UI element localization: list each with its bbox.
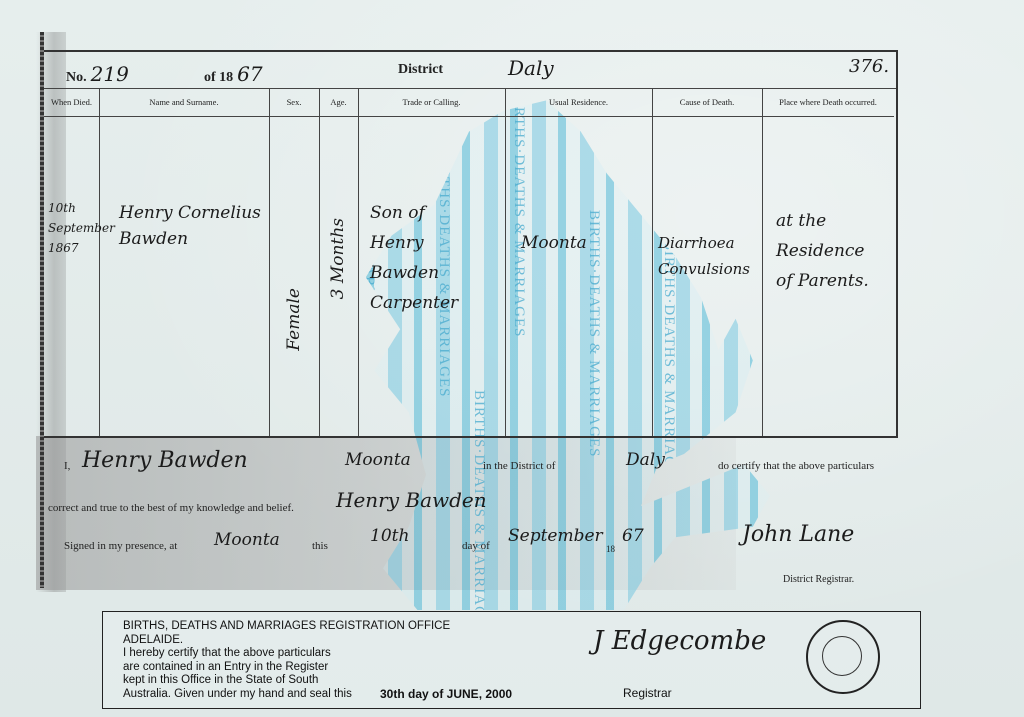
cert-line: kept in this Office in the State of Sout… xyxy=(123,674,450,688)
column-header: Usual Residence. xyxy=(505,88,652,117)
column-header: Place where Death occurred. xyxy=(762,88,894,117)
in-district-label: in the District of xyxy=(483,460,555,472)
column-header: Cause of Death. xyxy=(652,88,762,117)
cell-name: Henry Cornelius Bawden xyxy=(119,200,265,252)
office-name: BIRTHS, DEATHS AND MARRIAGES REGISTRATIO… xyxy=(123,620,450,634)
register-header: No.219 of 1867 District Daly 376. xyxy=(44,52,896,89)
cert-line: I hereby certify that the above particul… xyxy=(123,647,450,661)
informant-residence: Moonta xyxy=(345,450,411,470)
column-sex: Sex. Female xyxy=(269,88,320,438)
signed-day: 10th xyxy=(370,526,409,546)
district-label: District xyxy=(398,62,443,78)
cell-cause: Diarrhoea Convulsions xyxy=(658,230,758,282)
office-certificate-box: BIRTHS, DEATHS AND MARRIAGES REGISTRATIO… xyxy=(102,611,921,709)
certificate-date: 30th day of JUNE, 2000 xyxy=(380,687,512,701)
registrar-signature: John Lane xyxy=(742,522,854,547)
column-header: Age. xyxy=(319,88,358,117)
informant-signature: Henry Bawden xyxy=(336,488,487,512)
informant-prefix: I, xyxy=(64,460,70,472)
column-place: Place where Death occurred. at the Resid… xyxy=(762,88,894,438)
office-city: ADELAIDE. xyxy=(123,634,450,648)
column-header: Sex. xyxy=(269,88,319,117)
cell-residence: Moonta xyxy=(521,232,648,254)
signed-month: September xyxy=(508,526,603,546)
section-divider xyxy=(44,436,896,438)
cell-age: 3 Months xyxy=(328,218,348,299)
column-header: Name and Surname. xyxy=(99,88,269,117)
office-seal-icon xyxy=(806,620,880,694)
coat-of-arms-icon xyxy=(822,636,862,676)
informant-name: Henry Bawden xyxy=(82,448,248,473)
register-columns: When Died. 10th September 1867 Name and … xyxy=(44,88,896,438)
registrar-title: District Registrar. xyxy=(783,574,854,585)
column-trade: Trade or Calling. Son of Henry Bawden Ca… xyxy=(358,88,506,438)
correct-text: correct and true to the best of my knowl… xyxy=(48,502,294,514)
signed-place: Moonta xyxy=(214,530,280,550)
cell-place: at the Residence of Parents. xyxy=(776,206,876,296)
cell-trade: Son of Henry Bawden Carpenter xyxy=(370,198,480,318)
registrar-label: Registrar xyxy=(623,686,672,700)
signed-year: 67 xyxy=(622,526,644,546)
signed-label: Signed in my presence, at xyxy=(64,540,177,552)
column-header: When Died. xyxy=(44,88,99,117)
year-label: of 1867 xyxy=(204,62,263,86)
certify-text: do certify that the above particulars xyxy=(718,460,874,472)
column-age: Age. 3 Months xyxy=(319,88,359,438)
page-number: 376. xyxy=(849,56,889,77)
cell-sex: Female xyxy=(284,288,304,351)
column-residence: Usual Residence. Moonta xyxy=(505,88,653,438)
entry-number-label: No.219 xyxy=(66,62,129,86)
death-register-entry: No.219 of 1867 District Daly 376. When D… xyxy=(44,50,898,438)
cell-when-died: 10th September 1867 xyxy=(48,198,95,258)
informant-district: Daly xyxy=(626,450,665,470)
column-cause: Cause of Death. Diarrhoea Convulsions xyxy=(652,88,763,438)
cert-line: are contained in an Entry in the Registe… xyxy=(123,661,450,675)
column-name: Name and Surname. Henry Cornelius Bawden xyxy=(99,88,270,438)
year-prefix: 18 xyxy=(606,544,615,554)
column-when-died: When Died. 10th September 1867 xyxy=(44,88,100,438)
registrar-signature-2000: J Edgecombe xyxy=(593,626,766,656)
column-header: Trade or Calling. xyxy=(358,88,505,117)
this-label: this xyxy=(312,540,328,552)
day-of-label: day of xyxy=(462,540,490,552)
district-value: Daly xyxy=(508,56,554,80)
